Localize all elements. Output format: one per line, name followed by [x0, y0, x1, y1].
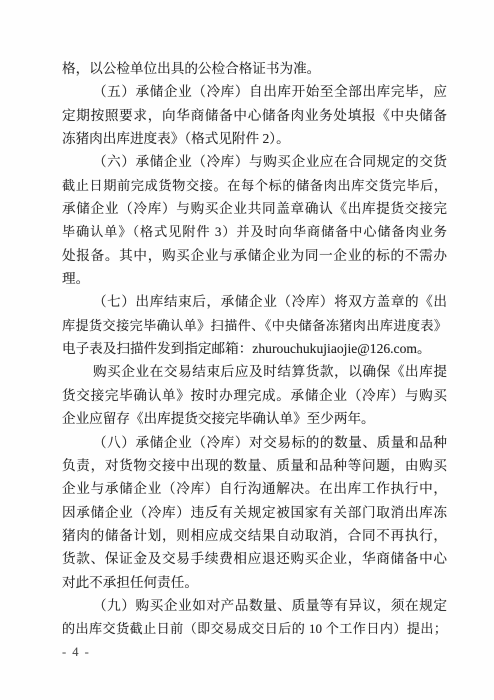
document-body: 格，以公检单位出具的公检合格证书为准。 （五）承储企业（冷库）自出库开始至全部出…	[62, 57, 447, 641]
text-line: 定期按照要求，向华商储备中心储备肉业务处填报《中央储备	[62, 104, 447, 127]
text-line: 货交接完毕确认单》按时办理完成。承储企业（冷库）与购买	[62, 384, 447, 407]
text-line: 承储企业（冷库）与购买企业共同盖章确认《出库提货交接完	[62, 197, 447, 220]
text-line: 购买企业在交易结束后应及时结算货款，以确保《出库提	[62, 360, 447, 383]
document-page: 格，以公检单位出具的公检合格证书为准。 （五）承储企业（冷库）自出库开始至全部出…	[0, 0, 494, 700]
page-number: - 4 -	[62, 645, 90, 660]
text-line: （六）承储企业（冷库）与购买企业应在合同规定的交货	[62, 150, 447, 173]
text-line: 理。	[62, 267, 447, 290]
text-line: 对此不承担任何责任。	[62, 571, 447, 594]
text-line: 格，以公检单位出具的公检合格证书为准。	[62, 57, 447, 80]
text-line: 企业与承储企业（冷库）自行沟通解决。在出库工作执行中，	[62, 477, 447, 500]
text-line: 因承储企业（冷库）违反有关规定被国家有关部门取消出库冻	[62, 501, 447, 524]
text-line: （七）出库结束后，承储企业（冷库）将双方盖章的《出	[62, 290, 447, 313]
text-line: 处报备。其中，购买企业与承储企业为同一企业的标的不需办	[62, 244, 447, 267]
text-line: 冻猪肉出库进度表》（格式见附件 2）。	[62, 127, 447, 150]
text-line: （九）购买企业如对产品数量、质量等有异议，须在规定	[62, 594, 447, 617]
text-line: 货款、保证金及交易手续费相应退还购买企业，华商储备中心	[62, 547, 447, 570]
text-line: 毕确认单》（格式见附件 3）并及时向华商储备中心储备肉业务	[62, 220, 447, 243]
text-line: （八）承储企业（冷库）对交易标的的数量、质量和品种	[62, 431, 447, 454]
text-line: 猪肉的储备计划，则相应成交结果自动取消，合同不再执行，	[62, 524, 447, 547]
text-line: 电子表及扫描件发到指定邮箱：zhurouchukujiaojie@126.com…	[62, 337, 447, 360]
text-line: 企业应留存《出库提货交接完毕确认单》至少两年。	[62, 407, 447, 430]
text-line: 库提货交接完毕确认单》扫描件、《中央储备冻猪肉出库进度表》	[62, 314, 447, 337]
text-line: 截止日期前完成货物交接。在每个标的储备肉出库交货完毕后，	[62, 174, 447, 197]
text-line: 的出库交货截止日前（即交易成交日后的 10 个工作日内）提出；	[62, 617, 447, 640]
text-line: （五）承储企业（冷库）自出库开始至全部出库完毕，应	[62, 80, 447, 103]
text-line: 负责，对货物交接中出现的数量、质量和品种等问题，由购买	[62, 454, 447, 477]
